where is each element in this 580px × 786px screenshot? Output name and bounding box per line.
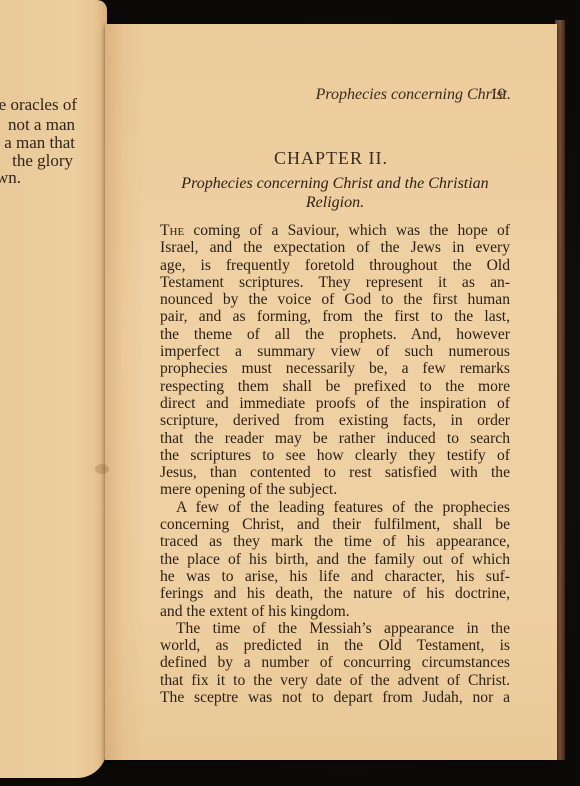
text-line: the place of his birth, and the family o… (160, 551, 510, 568)
text-line: traced as they mark the time of his appe… (160, 533, 510, 550)
text-line: prophecies must necessarily be, a few re… (160, 360, 510, 377)
text-line: imperfect a summary view of such numerou… (160, 343, 510, 360)
text-line: and the extent of his kingdom. (160, 603, 510, 620)
right-page: Prophecies concerning Christ. 19 CHAPTER… (105, 24, 557, 760)
body-text: The coming of a Saviour, which was the h… (160, 222, 510, 706)
text-line: that the reader may be rather induced to… (160, 430, 510, 447)
left-page-text-fragment: e oracles of (0, 95, 77, 114)
text-line: A few of the leading features of the pro… (160, 499, 510, 516)
chapter-subtitle: Prophecies concerning Christ and the Chr… (160, 174, 510, 212)
text-line: ferings and his death, the nature of his… (160, 585, 510, 602)
text-line: that fix it to the very date of the adve… (160, 672, 510, 689)
text-line: the scriptures to see how clearly they t… (160, 447, 510, 464)
chapter-subtitle-line: Religion. (160, 193, 510, 212)
text-line: concerning Christ, and their fulfilment,… (160, 516, 510, 533)
lead-word: The (160, 222, 184, 239)
text-line: The coming of a Saviour, which was the h… (160, 222, 510, 239)
running-head: Prophecies concerning Christ. (231, 86, 511, 104)
text-line: Jesus, than contented to rest satisfied … (160, 464, 510, 481)
text-line: the theme of all the prophets. And, howe… (160, 326, 510, 343)
text-line: age, is frequently foretold throughout t… (160, 257, 510, 274)
text-line: respecting them shall be prefixed to the… (160, 378, 510, 395)
left-page-text-fragment: the glory (12, 151, 73, 170)
paper-stain (95, 464, 109, 474)
text-line: Testament scriptures. They represent it … (160, 274, 510, 291)
chapter-title: CHAPTER II. (105, 148, 557, 169)
text-line: scripture, derived from existing facts, … (160, 412, 510, 429)
text-line: he was to arise, his life and character,… (160, 568, 510, 585)
text-line: world, as predicted in the Old Testament… (160, 637, 510, 654)
page-number: 19 (490, 86, 506, 104)
text-line: defined by a number of concurring circum… (160, 654, 510, 671)
text-line: mere opening of the subject. (160, 481, 510, 498)
chapter-subtitle-line: Prophecies concerning Christ and the Chr… (160, 174, 510, 193)
left-page-text-fragment: wn. (0, 168, 21, 187)
text-line: pair, and as forming, from the first to … (160, 308, 510, 325)
text-line: The sceptre was not to depart from Judah… (160, 689, 510, 706)
text-line: Israel, and the expectation of the Jews … (160, 239, 510, 256)
text-line: The time of the Messiah’s appearance in … (160, 620, 510, 637)
left-page-text-fragment: a man that (4, 133, 75, 152)
text-line: nounced by the voice of God to the first… (160, 291, 510, 308)
left-page: e oracles of not a man a man that the gl… (0, 0, 107, 778)
text-line: direct and immediate proofs of the inspi… (160, 395, 510, 412)
left-page-text-fragment: not a man (8, 115, 75, 134)
